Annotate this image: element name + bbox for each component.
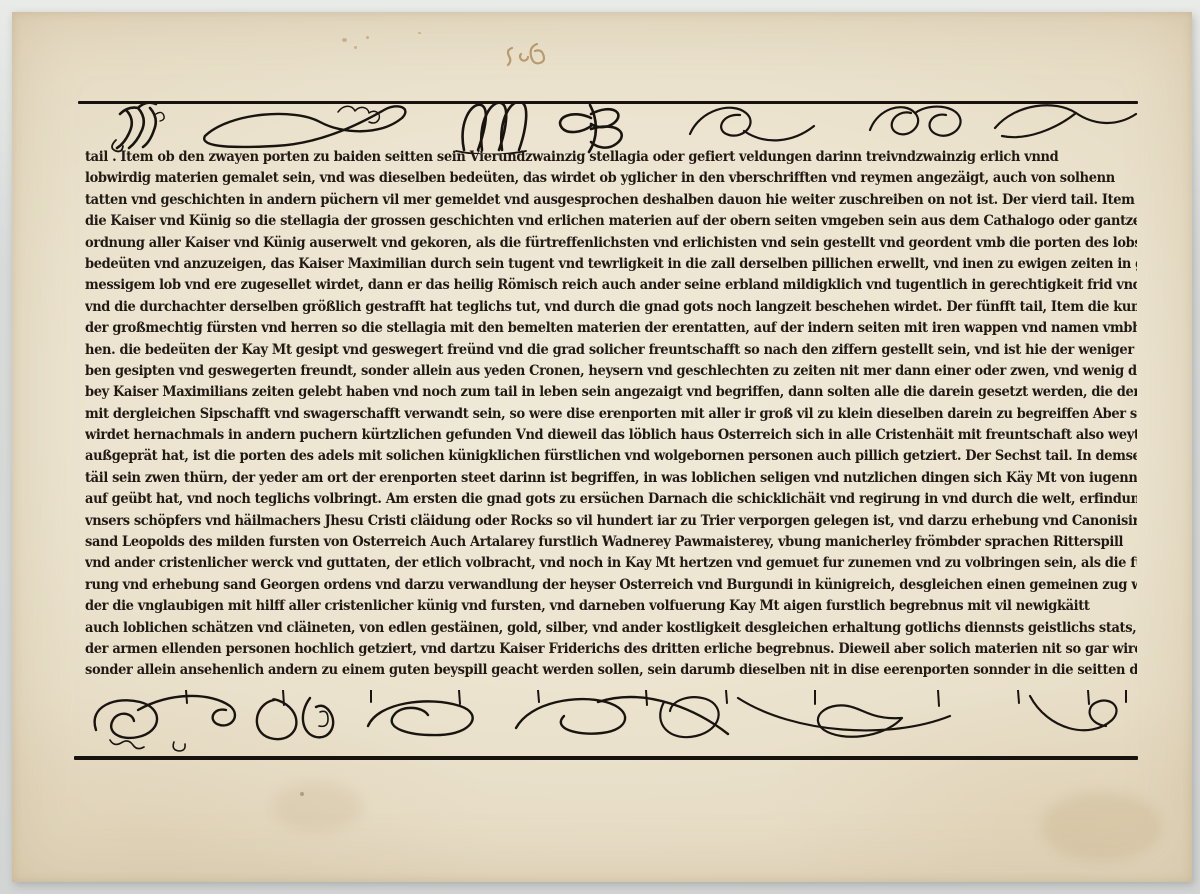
descender-ticks bbox=[186, 690, 1126, 706]
text-line: mit dergleichen Sipschafft vnd swagersch… bbox=[85, 403, 1137, 426]
text-line: sand Leopolds des milden fursten von Ost… bbox=[85, 531, 1137, 554]
infinity-swash-flourish bbox=[204, 106, 405, 147]
text-line: vnd ander cristenlicher werck vnd guttat… bbox=[85, 552, 1137, 575]
text-line: bedeüten vnd anzuzeigen, das Kaiser Maxi… bbox=[85, 253, 1137, 276]
loop-swash-flourish bbox=[690, 108, 814, 141]
text-line: ben gesipten vnd geswegerten freundt, so… bbox=[85, 360, 1137, 383]
text-line: hen. die bedeüten der Kay Mt gesipt vnd … bbox=[85, 339, 1137, 362]
text-line: tatten vnd geschichten in andern püchern… bbox=[85, 189, 1137, 212]
spiral-curl-flourish bbox=[95, 696, 235, 751]
long-swash-flourish bbox=[516, 697, 728, 734]
text-line: ordnung aller Kaiser vnd Künig auserwelt… bbox=[85, 232, 1137, 255]
text-line: wirdet hernachmals in andern puchern kür… bbox=[85, 424, 1137, 447]
cadel-initial-flourish bbox=[112, 104, 164, 151]
foxing-patch bbox=[1042, 792, 1162, 862]
text-line: der großmechtig fürsten vnd herren so di… bbox=[85, 317, 1137, 340]
foxing-patch bbox=[272, 782, 362, 832]
text-line: lobwirdig materien gemalet sein, vnd was… bbox=[85, 167, 1137, 190]
text-line: der armen ellenden personen hochlich get… bbox=[85, 638, 1137, 661]
text-line: die Kaiser vnd Künig so die stellagia de… bbox=[85, 210, 1137, 233]
text-line: sonder allein ansehenlich andern zu eine… bbox=[85, 659, 1137, 682]
double-bowl-flourish bbox=[560, 105, 622, 152]
text-block: tail . Item ob den zwayen porten zu baid… bbox=[85, 146, 1137, 681]
double-ring-flourish bbox=[257, 698, 333, 739]
bottom-rule bbox=[74, 756, 1138, 760]
text-line: auch loblichen schätzen vnd cläineten, v… bbox=[85, 617, 1137, 640]
hook-flourish bbox=[1030, 696, 1117, 730]
text-line: vnsers schöpfers vnd häilmachers Jhesu C… bbox=[85, 510, 1137, 533]
text-line: außgeprät hat, ist die porten des adels … bbox=[85, 445, 1137, 468]
small-spot bbox=[300, 792, 304, 796]
text-line: täil sein zwen thürn, der yeder am ort d… bbox=[85, 467, 1137, 490]
knot-flourish bbox=[870, 107, 961, 136]
text-line: vnd die durchachter derselben größlich g… bbox=[85, 296, 1137, 319]
bottom-flourish-band bbox=[78, 690, 1140, 756]
faded-ink-mark bbox=[504, 38, 552, 76]
text-line: auf geübt hat, vnd noch teglichs volbrin… bbox=[85, 488, 1137, 511]
line-oval-flourish bbox=[738, 698, 950, 737]
photograph-background: { "page": { "background_color": "#d8dad9… bbox=[0, 0, 1200, 894]
oval-loop-flourish bbox=[368, 701, 473, 735]
text-line: messigem lob vnd ere zugesellet wirdet, … bbox=[85, 274, 1137, 297]
text-line: bey Kaiser Maximilians zeiten gelebt hab… bbox=[85, 381, 1137, 404]
text-line: tail . Item ob den zwayen porten zu baid… bbox=[85, 146, 1137, 169]
text-line: rung vnd erhebung sand Georgen ordens vn… bbox=[85, 574, 1137, 597]
end-swash-flourish bbox=[995, 105, 1136, 137]
text-line: der die vnglaubigen mit hilff aller cris… bbox=[85, 595, 1137, 618]
foxing-spots-top bbox=[332, 30, 442, 60]
